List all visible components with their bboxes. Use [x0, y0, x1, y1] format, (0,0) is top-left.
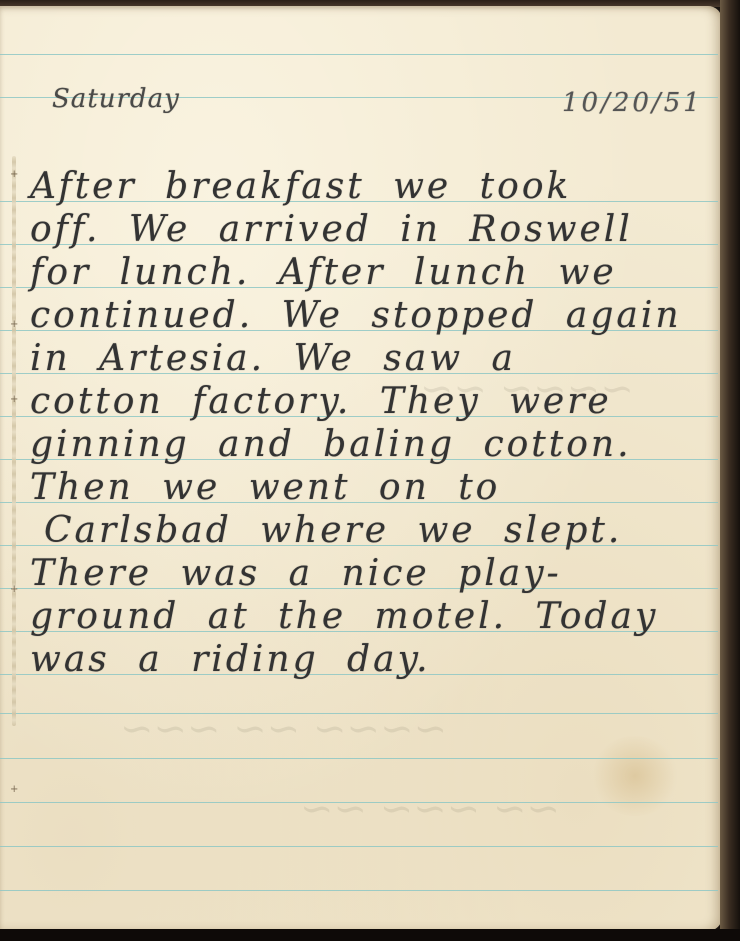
entry-line: off. We arrived in Roswell: [30, 209, 633, 250]
entry-line: Carlsbad where we slept.: [44, 510, 622, 551]
paper-stain: [590, 736, 680, 816]
ruled-line: [0, 713, 718, 714]
stitch-knot-icon: +: [10, 171, 18, 179]
entry-date: 10/20/51: [562, 88, 703, 118]
notebook-page: ~~~~ ~~ ~~~ ~~ ~~~ ~~ ~~~~ ~~ Saturday 1…: [0, 6, 722, 931]
entry-line: ground at the motel. Today: [30, 596, 658, 637]
entry-line: was a riding day.: [30, 639, 431, 680]
ruled-line: [0, 54, 718, 55]
stitch-knot-icon: +: [10, 786, 18, 794]
stitch-knot-icon: +: [10, 586, 18, 594]
ruled-line: [0, 890, 718, 891]
entry-line: for lunch. After lunch we: [30, 252, 617, 293]
entry-line: ginning and baling cotton.: [30, 424, 632, 465]
binding-stitch: [12, 156, 16, 726]
entry-line: After breakfast we took: [30, 166, 571, 207]
ruled-line: [0, 758, 718, 759]
entry-day: Saturday: [52, 84, 180, 114]
entry-line: Then we went on to: [30, 467, 500, 508]
entry-line: in Artesia. We saw a: [30, 338, 516, 379]
bottom-page-edge: [0, 929, 740, 941]
bleed-through-text: ~~ ~~~ ~~: [300, 786, 560, 832]
entry-line: cotton factory. They were: [30, 381, 612, 422]
entry-line: There was a nice play-: [30, 553, 562, 594]
ruled-line: [0, 802, 718, 803]
stitch-knot-icon: +: [10, 321, 18, 329]
book-spine-edge: [720, 0, 740, 941]
entry-line: continued. We stopped again: [30, 295, 682, 336]
ruled-line: [0, 846, 718, 847]
stitch-knot-icon: +: [10, 396, 18, 404]
